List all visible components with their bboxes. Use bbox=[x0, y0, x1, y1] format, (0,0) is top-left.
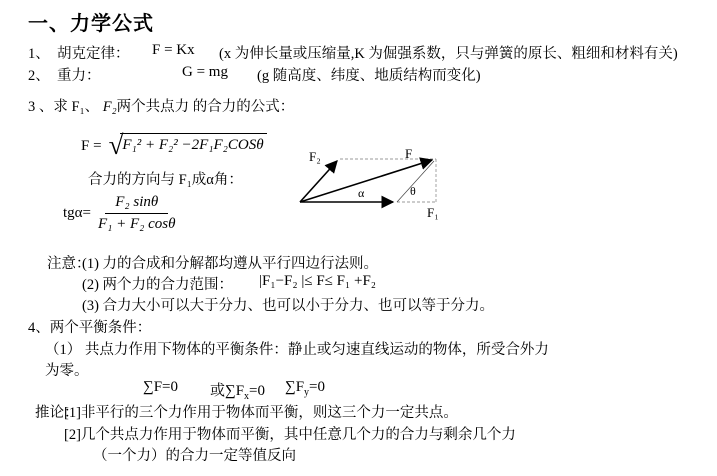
equation-sum-fx: 或∑Fx=0 bbox=[210, 379, 265, 402]
hooke-note: (x 为伸长量或压缩量,K 为倔强系数，只与弹簧的原长、粗细和材料有关) bbox=[219, 42, 678, 63]
tg-alpha-numerator: F₂ sinθ bbox=[105, 194, 168, 214]
resultant-formula-lhs: F = bbox=[81, 138, 102, 155]
hooke-label: 胡克定律： bbox=[57, 42, 130, 63]
hooke-item-number: 1、 bbox=[28, 42, 50, 63]
section4-heading: 4、两个平衡条件： bbox=[28, 316, 151, 337]
equilibrium-condition-line1: （1） 共点力作用下物体的平衡条件：静止或匀速直线运动的物体，所受合外力 bbox=[45, 338, 549, 359]
formula-document-page: 一、力学公式 1、 胡克定律： F = Kx (x 为伸长量或压缩量,K 为倔强… bbox=[0, 0, 717, 476]
notice-point-3: (3) 合力大小可以大于分力、也可以小于分力、也可以等于分力。 bbox=[82, 294, 494, 315]
tg-alpha-lhs: tgα= bbox=[63, 205, 91, 222]
resultant-heading: 3 、求 F₁、 F₂两个共点力 的合力的公式： bbox=[28, 95, 294, 116]
page-title: 一、力学公式 bbox=[28, 7, 154, 36]
force-parallelogram-diagram: F₂ F α θ F₁ bbox=[288, 133, 463, 228]
equation-sum-fy: ∑Fy=0 bbox=[285, 379, 325, 398]
diagram-label-f1: F₁ bbox=[427, 205, 439, 220]
resultant-heading-f2: F₂ bbox=[103, 99, 117, 115]
diagram-label-f: F bbox=[405, 146, 412, 161]
equation-sum-fy-post: =0 bbox=[309, 379, 325, 395]
gravity-label: 重力： bbox=[57, 64, 101, 85]
notice-point-2-formula: |F₁−F₂ |≤ F≤ F₁ +F₂ bbox=[259, 273, 376, 290]
corollary-3: （一个力）的合力一定等值反向 bbox=[93, 444, 296, 465]
corollary-1: [1]非平行的三个力作用于物体而平衡，则这三个力一定共点。 bbox=[64, 401, 458, 422]
resultant-heading-suffix: 两个共点力 的合力的公式： bbox=[117, 99, 295, 115]
diagram-label-f2: F₂ bbox=[309, 149, 321, 164]
corollary-2: [2]几个共点力作用于物体而平衡，其中任意几个力的合力与剩余几个力 bbox=[64, 423, 516, 444]
diagram-label-alpha: α bbox=[358, 186, 365, 200]
equation-sum-fx-post: =0 bbox=[249, 383, 265, 399]
gravity-item-number: 2、 bbox=[28, 64, 50, 85]
resultant-heading-prefix: 3 、求 F₁、 bbox=[28, 99, 103, 115]
equilibrium-condition-line2: 为零。 bbox=[45, 359, 89, 380]
tg-alpha-fraction: F₂ sinθ F₁ + F₂ cosθ bbox=[94, 194, 180, 233]
equation-sum-f: ∑F=0 bbox=[143, 379, 178, 396]
gravity-note: (g 随高度、纬度、地质结构而变化) bbox=[257, 64, 481, 85]
diagram-label-theta: θ bbox=[410, 184, 416, 198]
resultant-formula-radicand: F₁² + F₂² −2F₁F₂COSθ bbox=[120, 133, 266, 154]
resultant-formula: F = √ F₁² + F₂² −2F₁F₂COSθ bbox=[81, 133, 267, 157]
hooke-formula: F = Kx bbox=[152, 42, 195, 59]
notice-point-1: (1) 力的合成和分解都均遵从平行四边行法则。 bbox=[82, 252, 378, 273]
equation-sum-fy-pre: ∑F bbox=[285, 379, 304, 395]
tg-alpha-denominator: F₁ + F₂ cosθ bbox=[94, 214, 180, 233]
tg-alpha-formula: tgα= F₂ sinθ F₁ + F₂ cosθ bbox=[63, 194, 180, 233]
direction-statement: 合力的方向与 F₁成α角： bbox=[88, 168, 243, 189]
equation-sum-fx-pre: 或∑F bbox=[210, 383, 244, 399]
notice-point-2-text: (2) 两个力的合力范围： bbox=[82, 273, 233, 294]
gravity-formula: G = mg bbox=[182, 64, 228, 81]
